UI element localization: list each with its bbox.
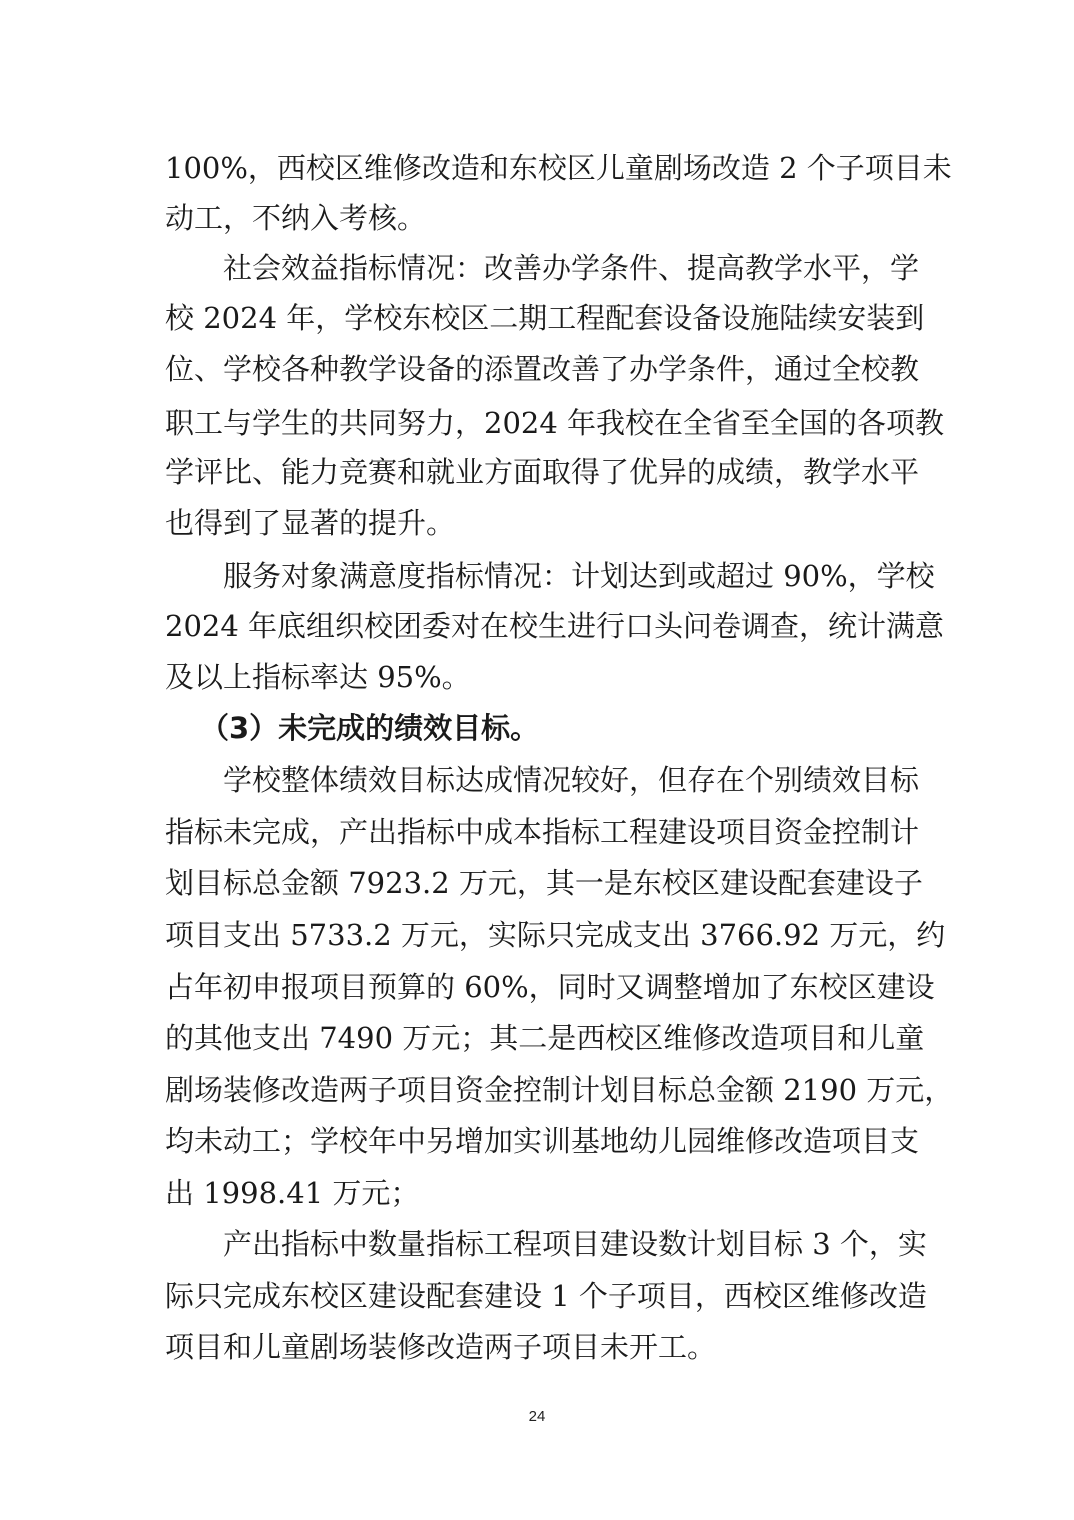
text-line: 均未动工；学校年中另增加实训基地幼儿园维修改造项目支 [165, 1121, 913, 1161]
text-line: 项目和儿童剧场装修改造两子项目未开工。 [165, 1327, 913, 1367]
text-line: 2024 年底组织校团委对在校生进行口头问卷调查，统计满意 [165, 606, 913, 646]
text-line: 占年初申报项目预算的 60%，同时又调整增加了东校区建设 [165, 967, 913, 1007]
text-line: 学校整体绩效目标达成情况较好，但存在个别绩效目标 [223, 760, 913, 800]
document-page: 100%，西校区维修改造和东校区儿童剧场改造 2 个子项目未动工，不纳入考核。社… [0, 0, 1074, 1520]
text-line: 剧场装修改造两子项目资金控制计划目标总金额 2190 万元， [165, 1070, 913, 1110]
page-number: 24 [0, 1408, 1074, 1425]
text-line: 及以上指标率达 95%。 [165, 657, 913, 697]
text-line: 位、学校各种教学设备的添置改善了办学条件，通过全校教 [165, 349, 913, 389]
text-line: 校 2024 年，学校东校区二期工程配套设备设施陆续安装到 [165, 298, 913, 338]
text-line: 指标未完成，产出指标中成本指标工程建设项目资金控制计 [165, 812, 913, 852]
text-line: 项目支出 5733.2 万元，实际只完成支出 3766.92 万元，约 [165, 915, 913, 955]
text-line: 也得到了显著的提升。 [165, 503, 913, 543]
text-line: 出 1998.41 万元； [165, 1173, 913, 1213]
text-line: 划目标总金额 7923.2 万元，其一是东校区建设配套建设子 [165, 863, 913, 903]
text-line: 服务对象满意度指标情况：计划达到或超过 90%，学校 [223, 556, 913, 596]
text-line: 产出指标中数量指标工程项目建设数计划目标 3 个，实 [223, 1224, 913, 1264]
text-line: 学评比、能力竞赛和就业方面取得了优异的成绩，教学水平 [165, 452, 913, 492]
section-heading: （3）未完成的绩效目标。 [200, 708, 948, 748]
text-line: 职工与学生的共同努力，2024 年我校在全省至全国的各项教 [165, 403, 913, 443]
text-line: 的其他支出 7490 万元；其二是西校区维修改造项目和儿童 [165, 1018, 913, 1058]
text-line: 社会效益指标情况：改善办学条件、提高教学水平，学 [223, 248, 913, 288]
text-line: 际只完成东校区建设配套建设 1 个子项目，西校区维修改造 [165, 1276, 913, 1316]
text-line: 100%，西校区维修改造和东校区儿童剧场改造 2 个子项目未 [165, 148, 913, 188]
text-line: 动工，不纳入考核。 [165, 198, 913, 238]
